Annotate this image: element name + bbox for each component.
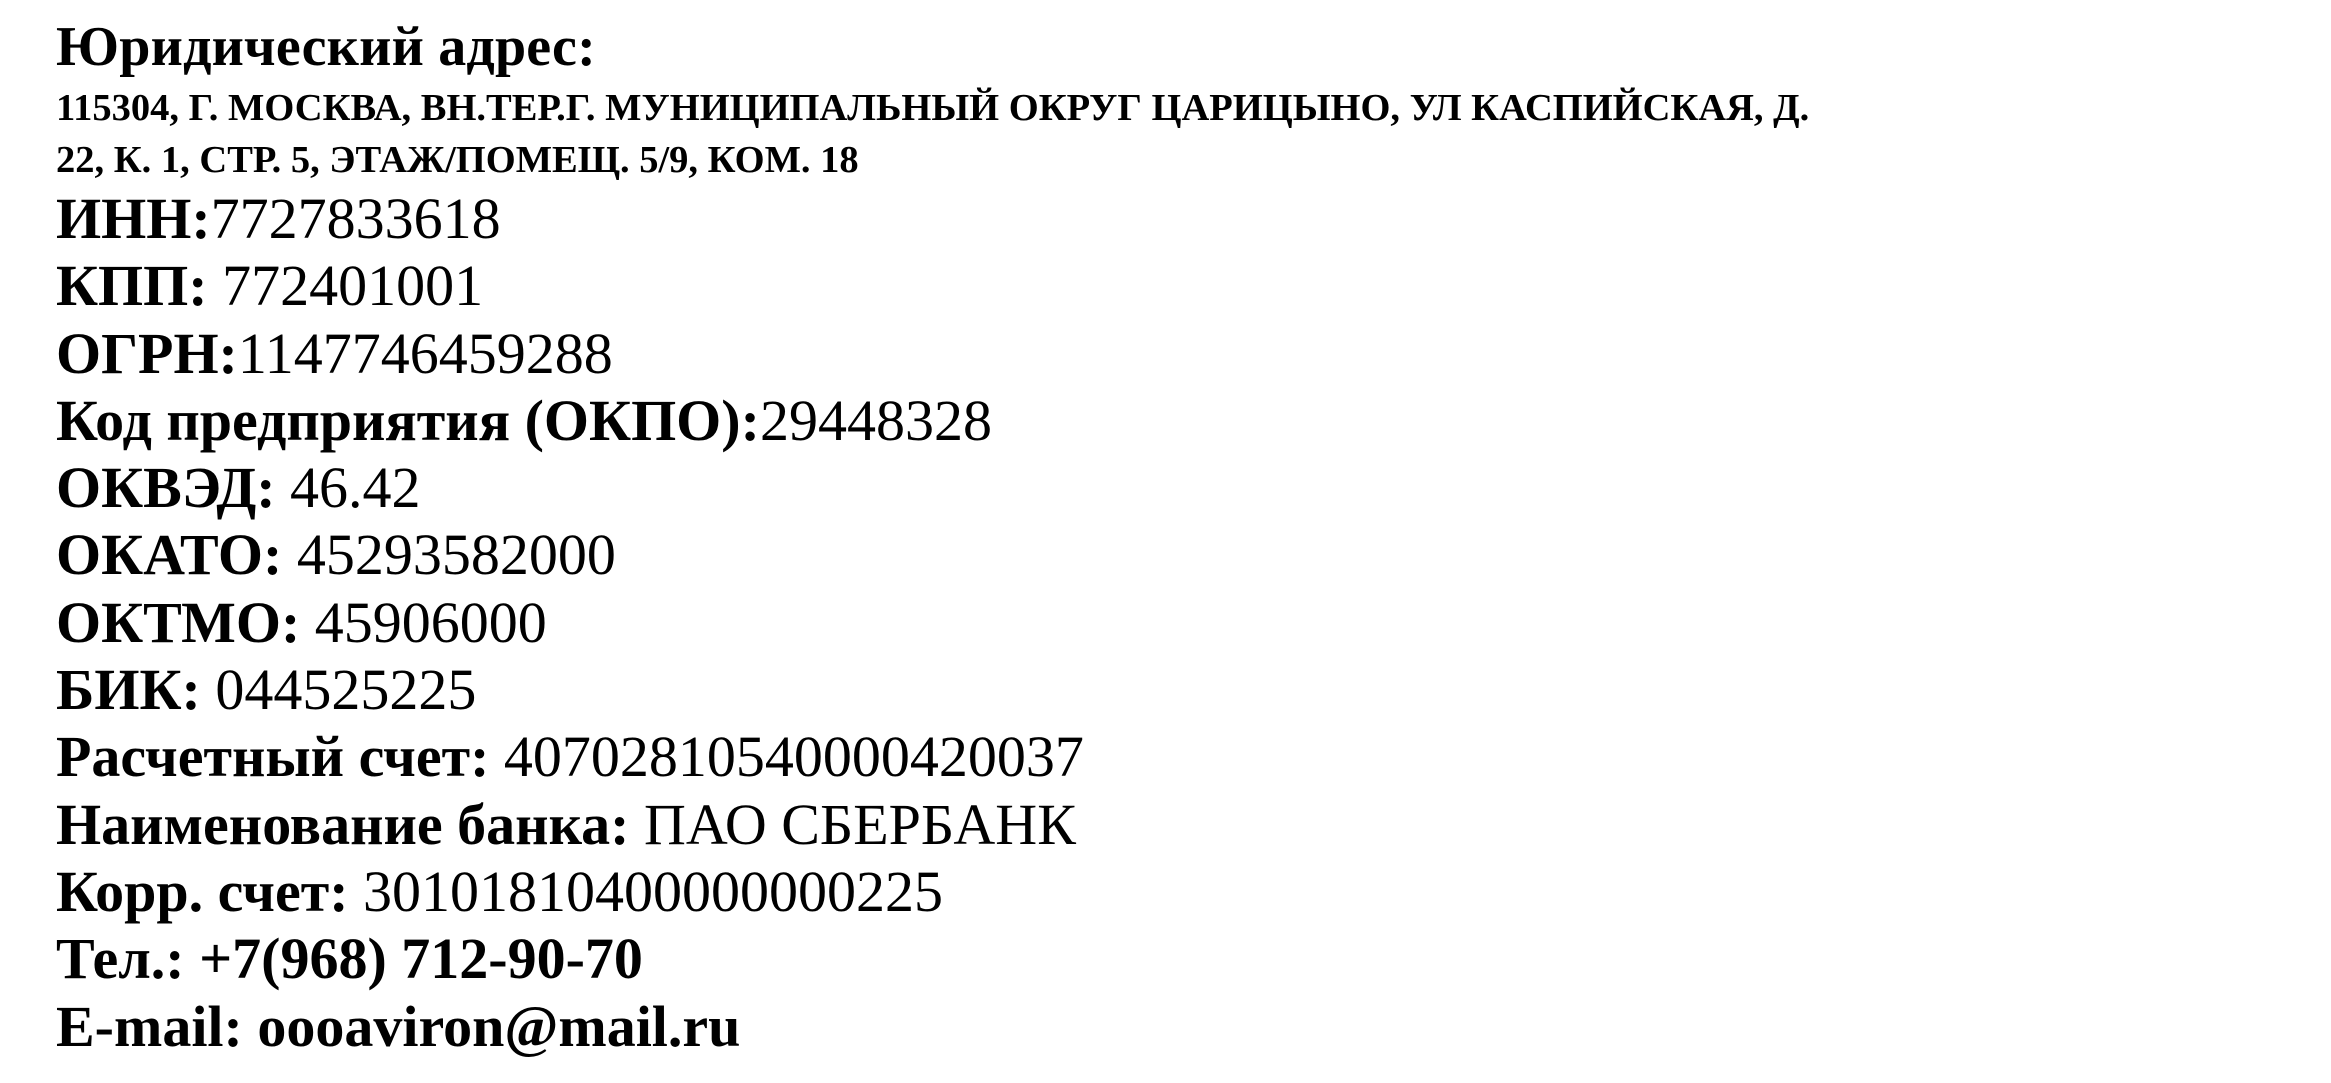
requisite-label: КПП: (56, 253, 208, 318)
phone-value: +7(968) 712-90-70 (199, 926, 643, 991)
requisite-kpp: КПП: 772401001 (56, 252, 1084, 319)
phone-label: Тел.: (56, 926, 185, 991)
requisite-oktmo: ОКТМО: 45906000 (56, 589, 1084, 656)
requisite-label: Корр. счет: (56, 859, 349, 924)
contact-phone: Тел.: +7(968) 712-90-70 (56, 925, 1084, 992)
legal-address-line: 22, К. 1, СТР. 5, ЭТАЖ/ПОМЕЩ. 5/9, КОМ. … (56, 134, 2256, 186)
requisite-label: Расчетный счет: (56, 724, 489, 789)
requisite-bank-name: Наименование банка: ПАО СБЕРБАНК (56, 791, 1084, 858)
requisite-correspondent-account: Корр. счет: 30101810400000000225 (56, 858, 1084, 925)
requisite-okato: ОКАТО: 45293582000 (56, 521, 1084, 588)
email-value: oooaviron@mail.ru (257, 994, 740, 1059)
requisite-ogrn: ОГРН:1147746459288 (56, 320, 1084, 387)
requisite-label: Наименование банка: (56, 792, 629, 857)
requisite-label: ИНН: (56, 186, 211, 251)
requisite-okved: ОКВЭД: 46.42 (56, 454, 1084, 521)
requisite-value: 29448328 (760, 388, 992, 453)
email-label: E-mail: (56, 994, 243, 1059)
requisites-list: ИНН:7727833618 КПП: 772401001 ОГРН:11477… (56, 185, 1084, 1060)
requisite-value: 46.42 (290, 455, 421, 520)
requisite-label: ОГРН: (56, 321, 238, 386)
requisite-value: 45906000 (315, 590, 547, 655)
contact-email: E-mail: oooaviron@mail.ru (56, 993, 1084, 1060)
requisite-inn: ИНН:7727833618 (56, 185, 1084, 252)
requisite-bik: БИК: 044525225 (56, 656, 1084, 723)
requisite-value: 044525225 (215, 657, 476, 722)
requisite-settlement-account: Расчетный счет: 40702810540000420037 (56, 723, 1084, 790)
requisite-label: ОКАТО: (56, 522, 282, 587)
requisite-value: 30101810400000000225 (363, 859, 943, 924)
requisite-label: БИК: (56, 657, 201, 722)
requisite-label: ОКВЭД: (56, 455, 276, 520)
legal-address: 115304, Г. МОСКВА, ВН.ТЕР.Г. МУНИЦИПАЛЬН… (56, 82, 2256, 186)
requisite-value: 1147746459288 (238, 321, 613, 386)
requisite-value: ПАО СБЕРБАНК (644, 792, 1076, 857)
requisite-okpo: Код предприятия (ОКПО):29448328 (56, 387, 1084, 454)
requisite-value: 40702810540000420037 (504, 724, 1084, 789)
legal-address-heading: Юридический адрес: (56, 13, 596, 81)
requisite-label: Код предприятия (ОКПО): (56, 388, 760, 453)
requisite-value: 7727833618 (211, 186, 501, 251)
legal-address-line: 115304, Г. МОСКВА, ВН.ТЕР.Г. МУНИЦИПАЛЬН… (56, 82, 2256, 134)
requisite-value: 772401001 (222, 253, 483, 318)
requisite-label: ОКТМО: (56, 590, 300, 655)
requisite-value: 45293582000 (297, 522, 616, 587)
